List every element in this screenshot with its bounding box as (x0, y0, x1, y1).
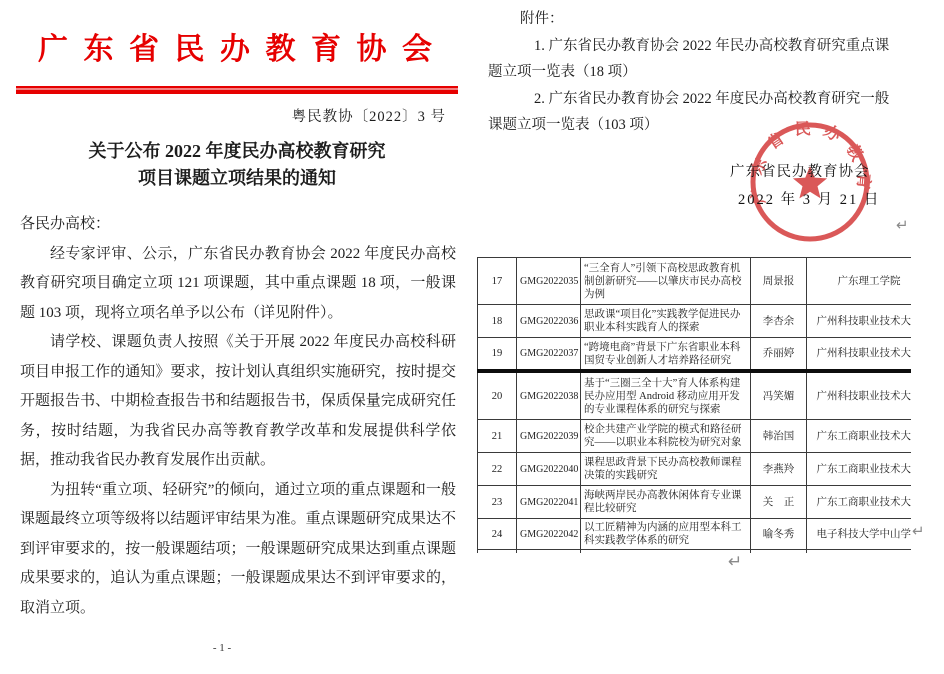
cell-leader-name: 吴卫群 (751, 550, 807, 554)
cell-school-name: 广州科技职业技术大学 (807, 305, 912, 338)
cell-school-name: 广州科技职业技术大学 (807, 338, 912, 372)
cell-school-name: 广东理工学院 (807, 258, 912, 305)
paragraph-return-icon: ↵ (896, 216, 909, 234)
cell-school-name: 广东工商职业技术大学 (807, 486, 912, 519)
cell-leader-name: 韩治国 (751, 420, 807, 453)
body-paragraph: 为扭转“重立项、轻研究”的倾向，通过立项的重点课题和一般课题最终立项等级将以结题… (20, 476, 456, 624)
notice-body: 各民办高校： 经专家评审、公示，广东省民办教育协会 2022 年度民办高校教育研… (20, 210, 456, 623)
cell-project-title: 课程思政背景下民办高校教师课程决策的实践研究 (581, 453, 751, 486)
cell-leader-name: 李杏余 (751, 305, 807, 338)
cell-leader-name: 喻冬秀 (751, 519, 807, 550)
table-row: 19 GMG2022037 “跨境电商”背景下广东省职业本科国贸专业创新人才培养… (478, 338, 912, 372)
projects-table-body: 17 GMG2022035 “三全育人”引领下高校思政教育机制创新研究——以肇庆… (478, 258, 912, 554)
cell-project-code: GMG2022035 (517, 258, 581, 305)
attachment-label: 附件： (488, 6, 934, 33)
cell-row-number: 25 (478, 550, 517, 554)
cell-project-title: “三全育人”引领下高校思政教育机制创新研究——以肇庆市民办高校为例 (581, 258, 751, 305)
cell-project-code: GMG2022036 (517, 305, 581, 338)
cell-project-title: 基于“三圈三全十大”育人体系构建民办应用型 Android 移动应用开发的专业课… (581, 371, 751, 420)
cell-leader-name: 周景报 (751, 258, 807, 305)
cell-row-number: 24 (478, 519, 517, 550)
signature-date: 2022 年 3 月 21 日 (738, 188, 898, 209)
cell-project-code: GMG2022042 (517, 519, 581, 550)
cell-project-code: GMG2022038 (517, 371, 581, 420)
notice-title-line-1: 关于公布 2022 年度民办高校教育研究 (16, 138, 458, 165)
cell-project-code: GMG2022041 (517, 486, 581, 519)
document-reference-number: 粤民教协〔2022〕3 号 (16, 105, 446, 126)
cell-leader-name: 李燕羚 (751, 453, 807, 486)
cell-school-name: 广东工商职业技术大学 (807, 420, 912, 453)
cell-project-title: 海峡两岸民办高教休闲体育专业课程比较研究 (581, 486, 751, 519)
attachment-line: 题立项一览表（18 项） (488, 59, 934, 86)
red-header-divider (16, 86, 458, 94)
table-row: 24 GMG2022042 以工匠精神为内涵的应用型本科工科实践教学体系的研究 … (478, 519, 912, 550)
cell-project-title: “跨境电商”背景下广东省职业本科国贸专业创新人才培养路径研究 (581, 338, 751, 372)
cell-leader-name: 冯笑媚 (751, 371, 807, 420)
paragraph-return-icon: ↵ (728, 552, 742, 572)
cell-project-title: 思政课“项目化”实践教学促进民办职业本科实践育人的探索 (581, 305, 751, 338)
cell-row-number: 17 (478, 258, 517, 305)
cell-row-number: 21 (478, 420, 517, 453)
cell-school-name: 电子科技大学中山学院 (807, 550, 912, 554)
cell-project-code: GMG2022037 (517, 338, 581, 372)
cell-row-number: 20 (478, 371, 517, 420)
attachment-line: 1. 广东省民办教育协会 2022 年民办高校教育研究重点课 (488, 33, 934, 60)
notice-title-line-2: 项目课题立项结果的通知 (16, 165, 458, 192)
body-paragraph: 经专家评审、公示，广东省民办教育协会 2022 年度民办高校教育研究项目确定立项… (20, 240, 456, 329)
notice-title: 关于公布 2022 年度民办高校教育研究 项目课题立项结果的通知 (16, 138, 458, 192)
cell-project-title: 以混合式教学赋能广东省民办高校课程思政建设的路径研究 (581, 550, 751, 554)
cell-project-code: GMG2022043 (517, 550, 581, 554)
table-row: 23 GMG2022041 海峡两岸民办高教休闲体育专业课程比较研究 关 正 广… (478, 486, 912, 519)
cell-row-number: 23 (478, 486, 517, 519)
cell-row-number: 22 (478, 453, 517, 486)
projects-table: 17 GMG2022035 “三全育人”引领下高校思政教育机制创新研究——以肇庆… (477, 257, 911, 553)
table-row: 21 GMG2022039 校企共建产业学院的模式和路径研究——以职业本科院校为… (478, 420, 912, 453)
cell-project-code: GMG2022040 (517, 453, 581, 486)
cell-project-title: 以工匠精神为内涵的应用型本科工科实践教学体系的研究 (581, 519, 751, 550)
paragraph-return-icon: ↵ (912, 522, 925, 540)
table-row: 18 GMG2022036 思政课“项目化”实践教学促进民办职业本科实践育人的探… (478, 305, 912, 338)
cell-school-name: 广东工商职业技术大学 (807, 453, 912, 486)
page-number: - 1 - (16, 642, 428, 654)
attachment-line: 2. 广东省民办教育协会 2022 年度民办高校教育研究一般 (488, 86, 934, 113)
table-row: 25 GMG2022043 以混合式教学赋能广东省民办高校课程思政建设的路径研究… (478, 550, 912, 554)
cell-project-code: GMG2022039 (517, 420, 581, 453)
cell-leader-name: 关 正 (751, 486, 807, 519)
cell-school-name: 广州科技职业技术大学 (807, 371, 912, 420)
signature-org-name: 广东省民办教育协会 (730, 160, 890, 181)
cell-leader-name: 乔丽婷 (751, 338, 807, 372)
salutation: 各民办高校： (20, 210, 456, 240)
document-canvas: 广 东 省 民 办 教 育 协 会 粤民教协〔2022〕3 号 关于公布 202… (0, 0, 944, 674)
org-red-header-title: 广 东 省 民 办 教 育 协 会 (16, 24, 458, 68)
table-row: 17 GMG2022035 “三全育人”引领下高校思政教育机制创新研究——以肇庆… (478, 258, 912, 305)
projects-table-container: 17 GMG2022035 “三全育人”引领下高校思政教育机制创新研究——以肇庆… (477, 257, 911, 553)
cell-row-number: 19 (478, 338, 517, 372)
table-row: 22 GMG2022040 课程思政背景下民办高校教师课程决策的实践研究 李燕羚… (478, 453, 912, 486)
cell-project-title: 校企共建产业学院的模式和路径研究——以职业本科院校为研究对象 (581, 420, 751, 453)
body-paragraph: 请学校、课题负责人按照《关于开展 2022 年度民办高校科研项目申报工作的通知》… (20, 328, 456, 476)
cell-school-name: 电子科技大学中山学院 (807, 519, 912, 550)
cell-row-number: 18 (478, 305, 517, 338)
official-seal-stamp: 广东省民办教育协会 (744, 116, 876, 248)
table-row: 20 GMG2022038 基于“三圈三全十大”育人体系构建民办应用型 Andr… (478, 371, 912, 420)
